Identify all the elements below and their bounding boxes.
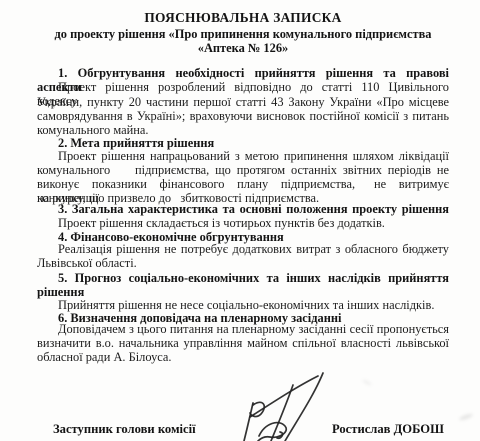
signoff-name: Ростислав ДОБОШ (332, 422, 444, 436)
section-5-line-1: Прийняття рішення не несе соціально-екон… (37, 298, 449, 312)
section-1-line-4: комунального майна. (37, 123, 449, 137)
scan-smudge (459, 413, 474, 422)
section-2-heading: 2. Мета прийняття рішення (37, 136, 449, 150)
section-4-line-2: Львівської області. (37, 256, 449, 270)
section-5-heading-line-1: 5. Прогноз соціально-економічних та інши… (37, 271, 449, 285)
section-2-line-1: Проект рішення напрацьований з метою при… (37, 149, 449, 163)
subtitle-line-1: до проекту рішення «Про припинення комун… (37, 27, 449, 41)
section-1-line-2: України, пункту 20 частини першої статті… (37, 95, 449, 109)
signature-icon (223, 369, 333, 441)
section-3-line-1: Проект рішення складається із чотирьох п… (37, 216, 449, 230)
subtitle-line-2: «Аптека № 126» (37, 41, 449, 55)
document-page: ПОЯСНЮВАЛЬНА ЗАПИСКА до проекту рішення … (0, 0, 480, 441)
section-6-line-3: обласної ради А. Білоуса. (37, 350, 449, 364)
section-6-line-2: визначити в.о. начальника управління май… (37, 336, 449, 350)
section-1-line-3: самоврядування в Україні»; враховуючи ви… (37, 109, 449, 123)
section-6-line-1: Доповідачем з цього питання на пленарном… (37, 322, 449, 336)
section-2-line-2: комунального підприємства, що протягом о… (37, 163, 449, 177)
scan-smudge (362, 379, 372, 387)
section-3-heading: 3. Загальна характеристика та основні по… (37, 202, 449, 216)
signoff-role: Заступник голови комісії (53, 422, 196, 436)
section-4-line-1: Реалізація рішення не потребує додаткови… (37, 242, 449, 256)
document-title: ПОЯСНЮВАЛЬНА ЗАПИСКА (37, 11, 449, 25)
